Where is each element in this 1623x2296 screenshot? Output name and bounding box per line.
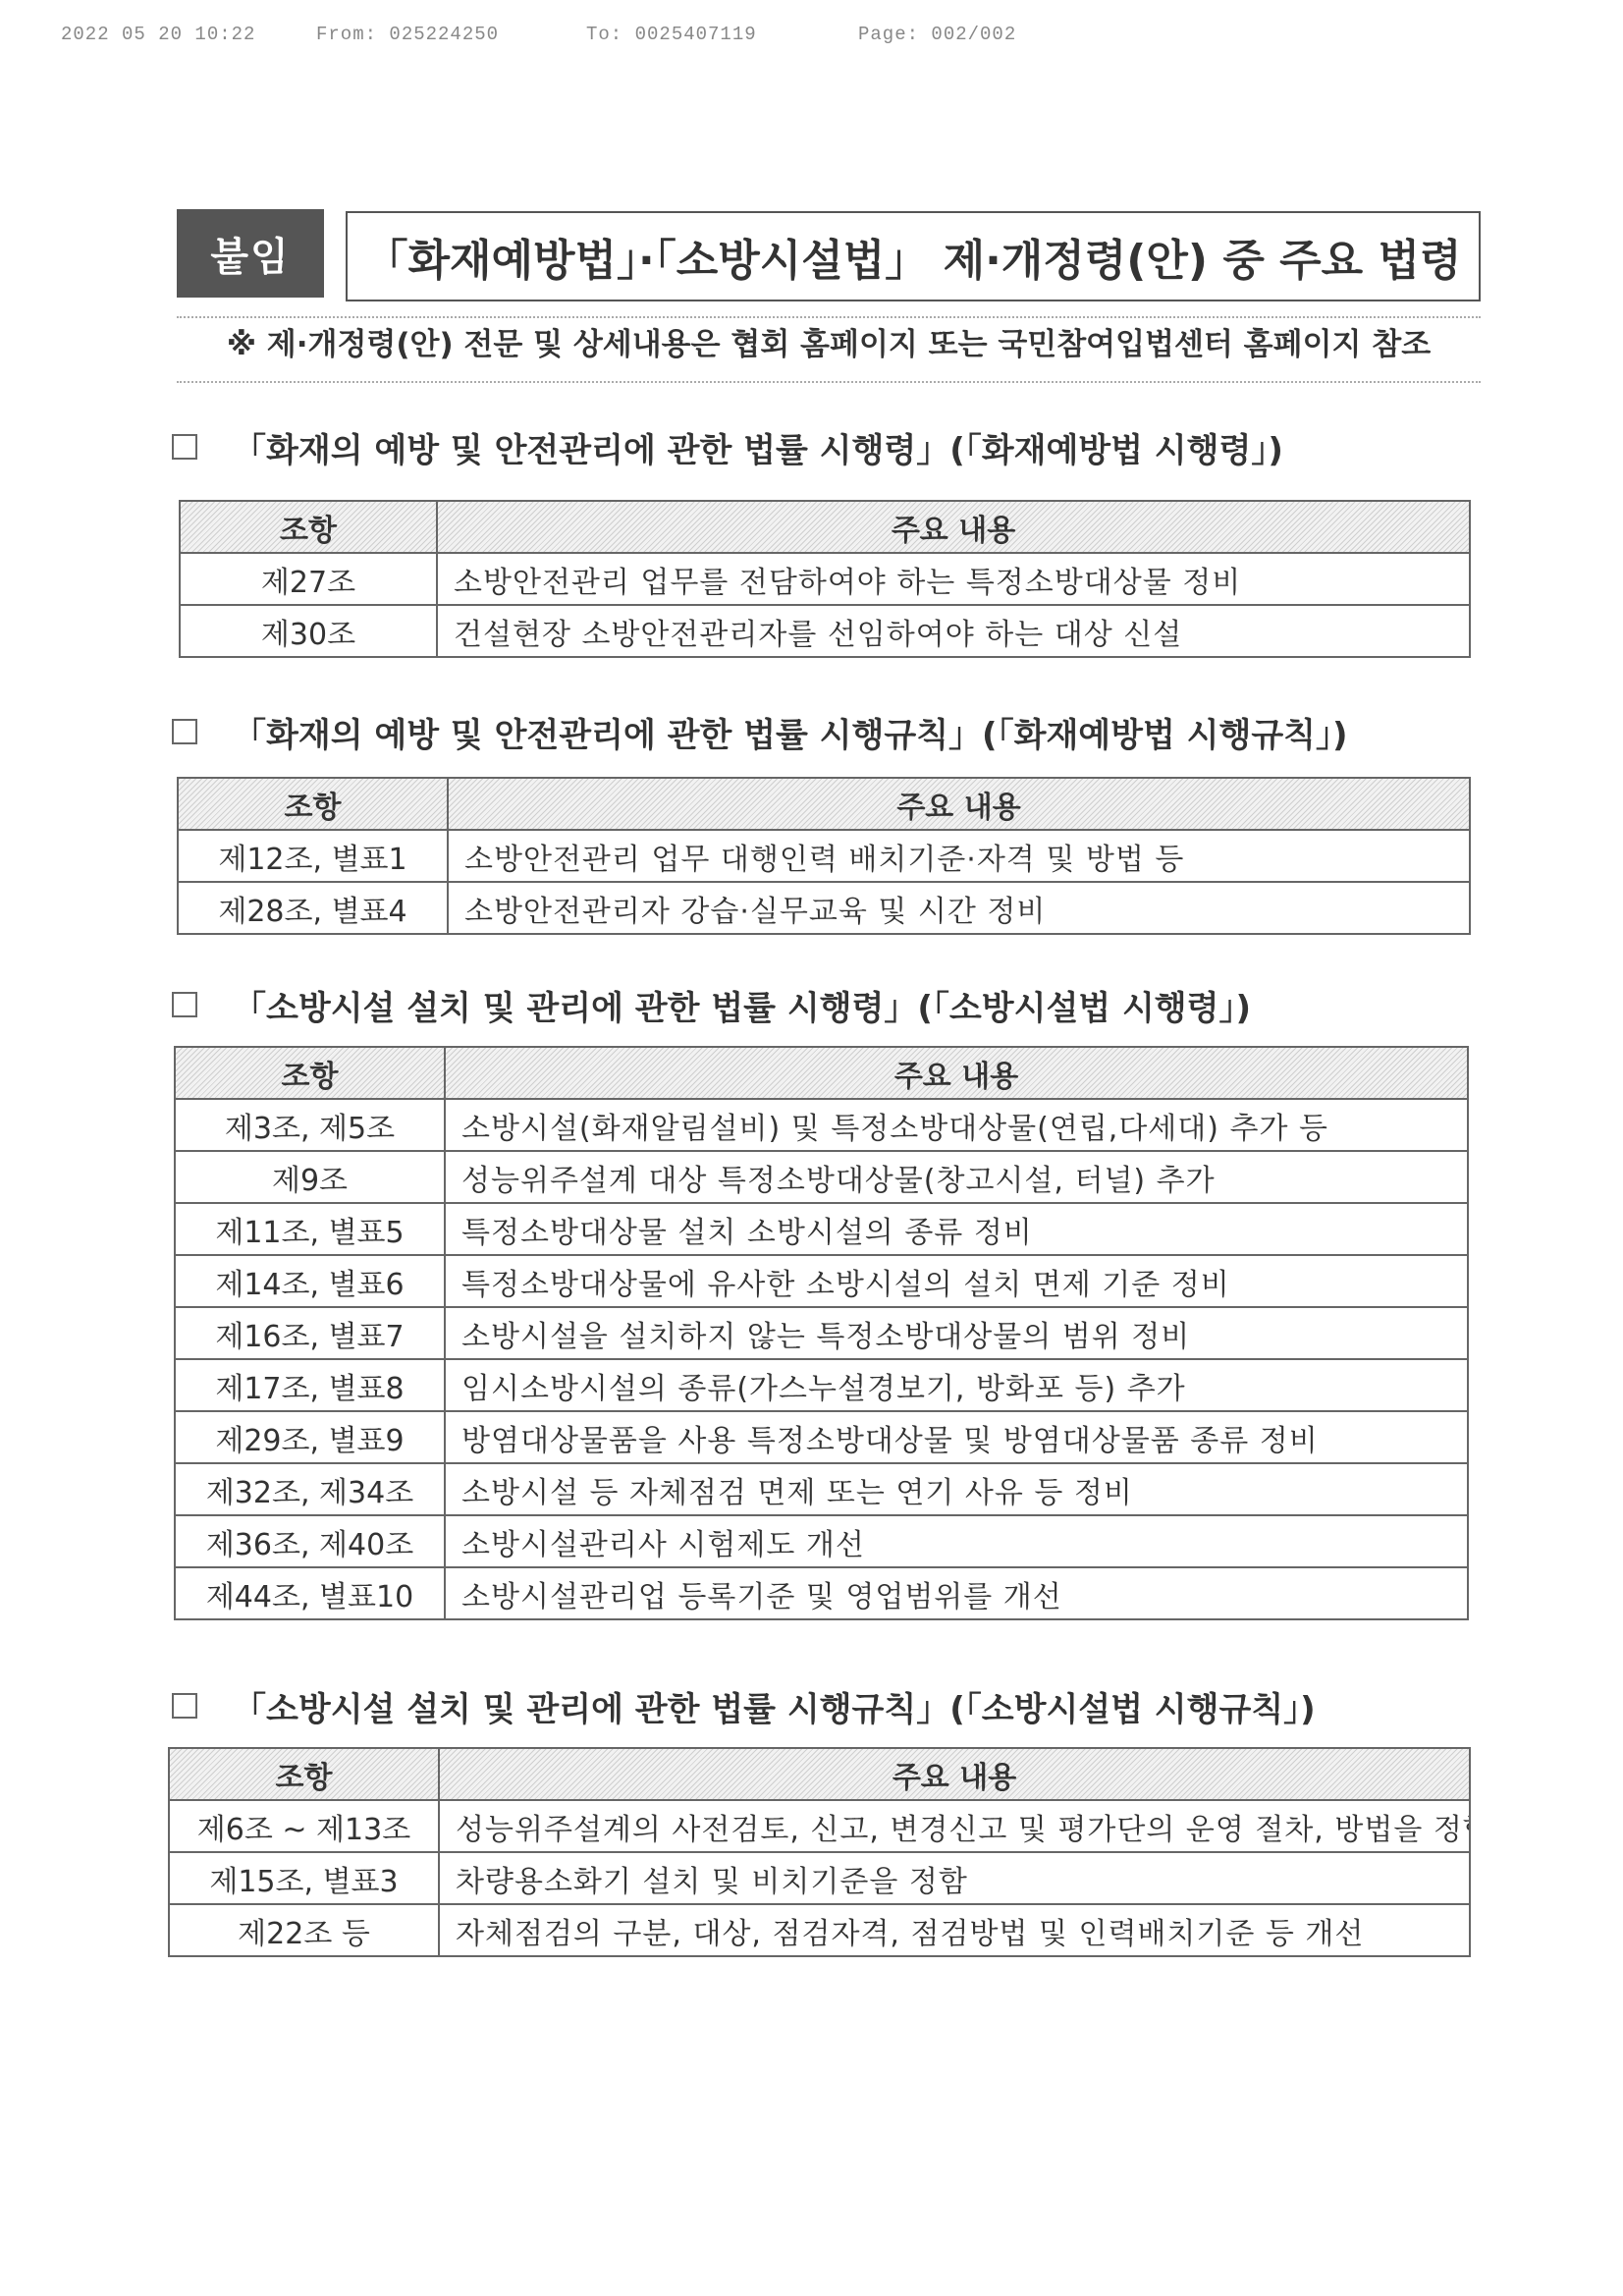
section-heading-text: 「화재의 예방 및 안전관리에 관한 법률 시행령」(「화재예방법 시행령」) <box>233 423 1283 471</box>
content-cell: 특정소방대상물에 유사한 소방시설의 설치 면제 기준 정비 <box>445 1255 1468 1307</box>
table-row: 제11조, 별표5 특정소방대상물 설치 소방시설의 종류 정비 <box>175 1203 1468 1255</box>
table-header-row: 조항 주요 내용 <box>178 778 1470 830</box>
article-cell: 제11조, 별표5 <box>175 1203 445 1255</box>
table-row: 제14조, 별표6 특정소방대상물에 유사한 소방시설의 설치 면제 기준 정비 <box>175 1255 1468 1307</box>
page-title-text: 「화재예방법」·「소방시설법」 제·개정령(안) 중 주요 법령 <box>365 225 1462 288</box>
table-row: 제36조, 제40조 소방시설관리사 시험제도 개선 <box>175 1515 1468 1567</box>
table-row: 제44조, 별표10 소방시설관리업 등록기준 및 영업범위를 개선 <box>175 1567 1468 1619</box>
checkbox-icon <box>172 992 197 1017</box>
article-cell: 제22조 등 <box>169 1904 439 1956</box>
section-heading-4: 「소방시설 설치 및 관리에 관한 법률 시행규칙」(「소방시설법 시행규칙」) <box>172 1686 1488 1725</box>
checkbox-icon <box>172 1693 197 1719</box>
content-cell: 건설현장 소방안전관리자를 선임하여야 하는 대상 신설 <box>437 605 1470 657</box>
law-table-2: 조항 주요 내용 제12조, 별표1 소방안전관리 업무 대행인력 배치기준·자… <box>177 777 1471 935</box>
section-heading-text: 「소방시설 설치 및 관리에 관한 법률 시행령」(「소방시설법 시행령」) <box>233 981 1251 1029</box>
article-cell: 제29조, 별표9 <box>175 1411 445 1463</box>
checkbox-icon <box>172 434 197 460</box>
content-cell: 특정소방대상물 설치 소방시설의 종류 정비 <box>445 1203 1468 1255</box>
article-cell: 제14조, 별표6 <box>175 1255 445 1307</box>
article-cell: 제36조, 제40조 <box>175 1515 445 1567</box>
table-row: 제22조 등 자체점검의 구분, 대상, 점검자격, 점검방법 및 인력배치기준… <box>169 1904 1470 1956</box>
article-cell: 제16조, 별표7 <box>175 1307 445 1359</box>
divider-bottom <box>177 381 1481 383</box>
fax-header: 2022 05 20 10:22 From: 025224250 To: 002… <box>61 24 1023 47</box>
content-cell: 소방시설(화재알림설비) 및 특정소방대상물(연립,다세대) 추가 등 <box>445 1099 1468 1151</box>
content-cell: 소방시설을 설치하지 않는 특정소방대상물의 범위 정비 <box>445 1307 1468 1359</box>
content-cell: 소방안전관리 업무 대행인력 배치기준·자격 및 방법 등 <box>448 830 1470 882</box>
table-header-row: 조항 주요 내용 <box>180 501 1470 553</box>
header-article: 조항 <box>178 778 448 830</box>
table-row: 제3조, 제5조 소방시설(화재알림설비) 및 특정소방대상물(연립,다세대) … <box>175 1099 1468 1151</box>
table-row: 제32조, 제34조 소방시설 등 자체점검 면제 또는 연기 사유 등 정비 <box>175 1463 1468 1515</box>
law-table-4: 조항 주요 내용 제6조 ~ 제13조 성능위주설계의 사전검토, 신고, 변경… <box>168 1747 1471 1957</box>
table-row: 제6조 ~ 제13조 성능위주설계의 사전검토, 신고, 변경신고 및 평가단의… <box>169 1800 1470 1852</box>
fax-from: From: 025224250 <box>316 24 499 45</box>
header-content: 주요 내용 <box>448 778 1470 830</box>
table-row: 제30조 건설현장 소방안전관리자를 선임하여야 하는 대상 신설 <box>180 605 1470 657</box>
content-cell: 성능위주설계의 사전검토, 신고, 변경신고 및 평가단의 운영 절차, 방법을… <box>439 1800 1470 1852</box>
section-heading-text: 「소방시설 설치 및 관리에 관한 법률 시행규칙」(「소방시설법 시행규칙」) <box>233 1682 1316 1730</box>
page-title: 「화재예방법」·「소방시설법」 제·개정령(안) 중 주요 법령 <box>346 211 1481 301</box>
content-cell: 차량용소화기 설치 및 비치기준을 정함 <box>439 1852 1470 1904</box>
law-table-1: 조항 주요 내용 제27조 소방안전관리 업무를 전담하여야 하는 특정소방대상… <box>179 500 1471 658</box>
article-cell: 제30조 <box>180 605 437 657</box>
article-cell: 제15조, 별표3 <box>169 1852 439 1904</box>
content-cell: 임시소방시설의 종류(가스누설경보기, 방화포 등) 추가 <box>445 1359 1468 1411</box>
section-heading-1: 「화재의 예방 및 안전관리에 관한 법률 시행령」(「화재예방법 시행령」) <box>172 427 1488 466</box>
table-header-row: 조항 주요 내용 <box>175 1047 1468 1099</box>
header-content: 주요 내용 <box>439 1748 1470 1800</box>
checkbox-icon <box>172 719 197 744</box>
table-header-row: 조항 주요 내용 <box>169 1748 1470 1800</box>
table-row: 제9조 성능위주설계 대상 특정소방대상물(창고시설, 터널) 추가 <box>175 1151 1468 1203</box>
header-content: 주요 내용 <box>445 1047 1468 1099</box>
content-cell: 소방시설 등 자체점검 면제 또는 연기 사유 등 정비 <box>445 1463 1468 1515</box>
table-row: 제27조 소방안전관리 업무를 전담하여야 하는 특정소방대상물 정비 <box>180 553 1470 605</box>
law-table-3: 조항 주요 내용 제3조, 제5조 소방시설(화재알림설비) 및 특정소방대상물… <box>174 1046 1469 1620</box>
table-row: 제16조, 별표7 소방시설을 설치하지 않는 특정소방대상물의 범위 정비 <box>175 1307 1468 1359</box>
article-cell: 제28조, 별표4 <box>178 882 448 934</box>
content-cell: 성능위주설계 대상 특정소방대상물(창고시설, 터널) 추가 <box>445 1151 1468 1203</box>
article-cell: 제27조 <box>180 553 437 605</box>
article-cell: 제9조 <box>175 1151 445 1203</box>
section-heading-text: 「화재의 예방 및 안전관리에 관한 법률 시행규칙」(「화재예방법 시행규칙」… <box>233 708 1348 756</box>
content-cell: 소방시설관리사 시험제도 개선 <box>445 1515 1468 1567</box>
table-row: 제17조, 별표8 임시소방시설의 종류(가스누설경보기, 방화포 등) 추가 <box>175 1359 1468 1411</box>
article-cell: 제12조, 별표1 <box>178 830 448 882</box>
article-cell: 제6조 ~ 제13조 <box>169 1800 439 1852</box>
content-cell: 소방안전관리 업무를 전담하여야 하는 특정소방대상물 정비 <box>437 553 1470 605</box>
article-cell: 제17조, 별표8 <box>175 1359 445 1411</box>
fax-datetime: 2022 05 20 10:22 <box>61 24 255 45</box>
section-heading-2: 「화재의 예방 및 안전관리에 관한 법률 시행규칙」(「화재예방법 시행규칙」… <box>172 712 1488 751</box>
fax-page: Page: 002/002 <box>858 24 1016 45</box>
article-cell: 제32조, 제34조 <box>175 1463 445 1515</box>
table-row: 제12조, 별표1 소방안전관리 업무 대행인력 배치기준·자격 및 방법 등 <box>178 830 1470 882</box>
header-article: 조항 <box>175 1047 445 1099</box>
header-content: 주요 내용 <box>437 501 1470 553</box>
table-row: 제29조, 별표9 방염대상물품을 사용 특정소방대상물 및 방염대상물품 종류… <box>175 1411 1468 1463</box>
content-cell: 소방시설관리업 등록기준 및 영업범위를 개선 <box>445 1567 1468 1619</box>
reference-note: ※ 제·개정령(안) 전문 및 상세내용은 협회 홈페이지 또는 국민참여입법센… <box>177 319 1481 363</box>
article-cell: 제44조, 별표10 <box>175 1567 445 1619</box>
divider-top <box>177 316 1481 318</box>
content-cell: 방염대상물품을 사용 특정소방대상물 및 방염대상물품 종류 정비 <box>445 1411 1468 1463</box>
section-heading-3: 「소방시설 설치 및 관리에 관한 법률 시행령」(「소방시설법 시행령」) <box>172 985 1488 1024</box>
attachment-badge: 붙임 <box>177 209 324 298</box>
header-article: 조항 <box>180 501 437 553</box>
content-cell: 자체점검의 구분, 대상, 점검자격, 점검방법 및 인력배치기준 등 개선 <box>439 1904 1470 1956</box>
table-row: 제15조, 별표3 차량용소화기 설치 및 비치기준을 정함 <box>169 1852 1470 1904</box>
article-cell: 제3조, 제5조 <box>175 1099 445 1151</box>
header-article: 조항 <box>169 1748 439 1800</box>
fax-to: To: 0025407119 <box>586 24 757 45</box>
content-cell: 소방안전관리자 강습·실무교육 및 시간 정비 <box>448 882 1470 934</box>
table-row: 제28조, 별표4 소방안전관리자 강습·실무교육 및 시간 정비 <box>178 882 1470 934</box>
